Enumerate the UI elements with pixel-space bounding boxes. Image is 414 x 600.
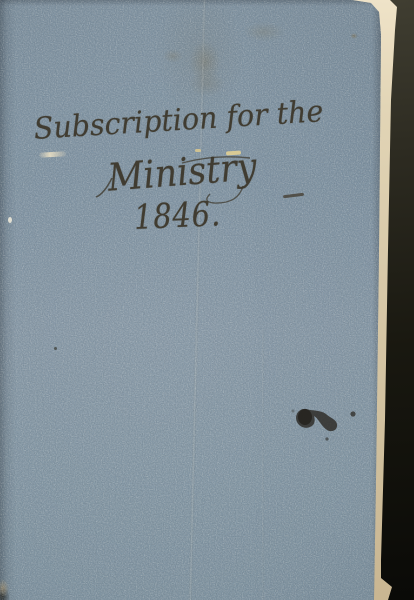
ink-blot xyxy=(285,395,375,450)
white-speck xyxy=(8,217,12,223)
handwritten-title-line-1: Subscription for the xyxy=(33,94,324,147)
yellow-fleck xyxy=(195,149,201,152)
vertical-crease xyxy=(189,0,206,600)
faint-crease xyxy=(262,330,264,600)
white-scuff-mark xyxy=(39,151,66,157)
photo-background: Subscription for the Ministry 1846. xyxy=(0,0,414,600)
dark-speck xyxy=(54,347,57,350)
booklet-front-cover: Subscription for the Ministry 1846. xyxy=(0,0,382,600)
ink-dash-mark xyxy=(283,193,304,199)
handwritten-title-line-3: 1846. xyxy=(133,194,222,238)
